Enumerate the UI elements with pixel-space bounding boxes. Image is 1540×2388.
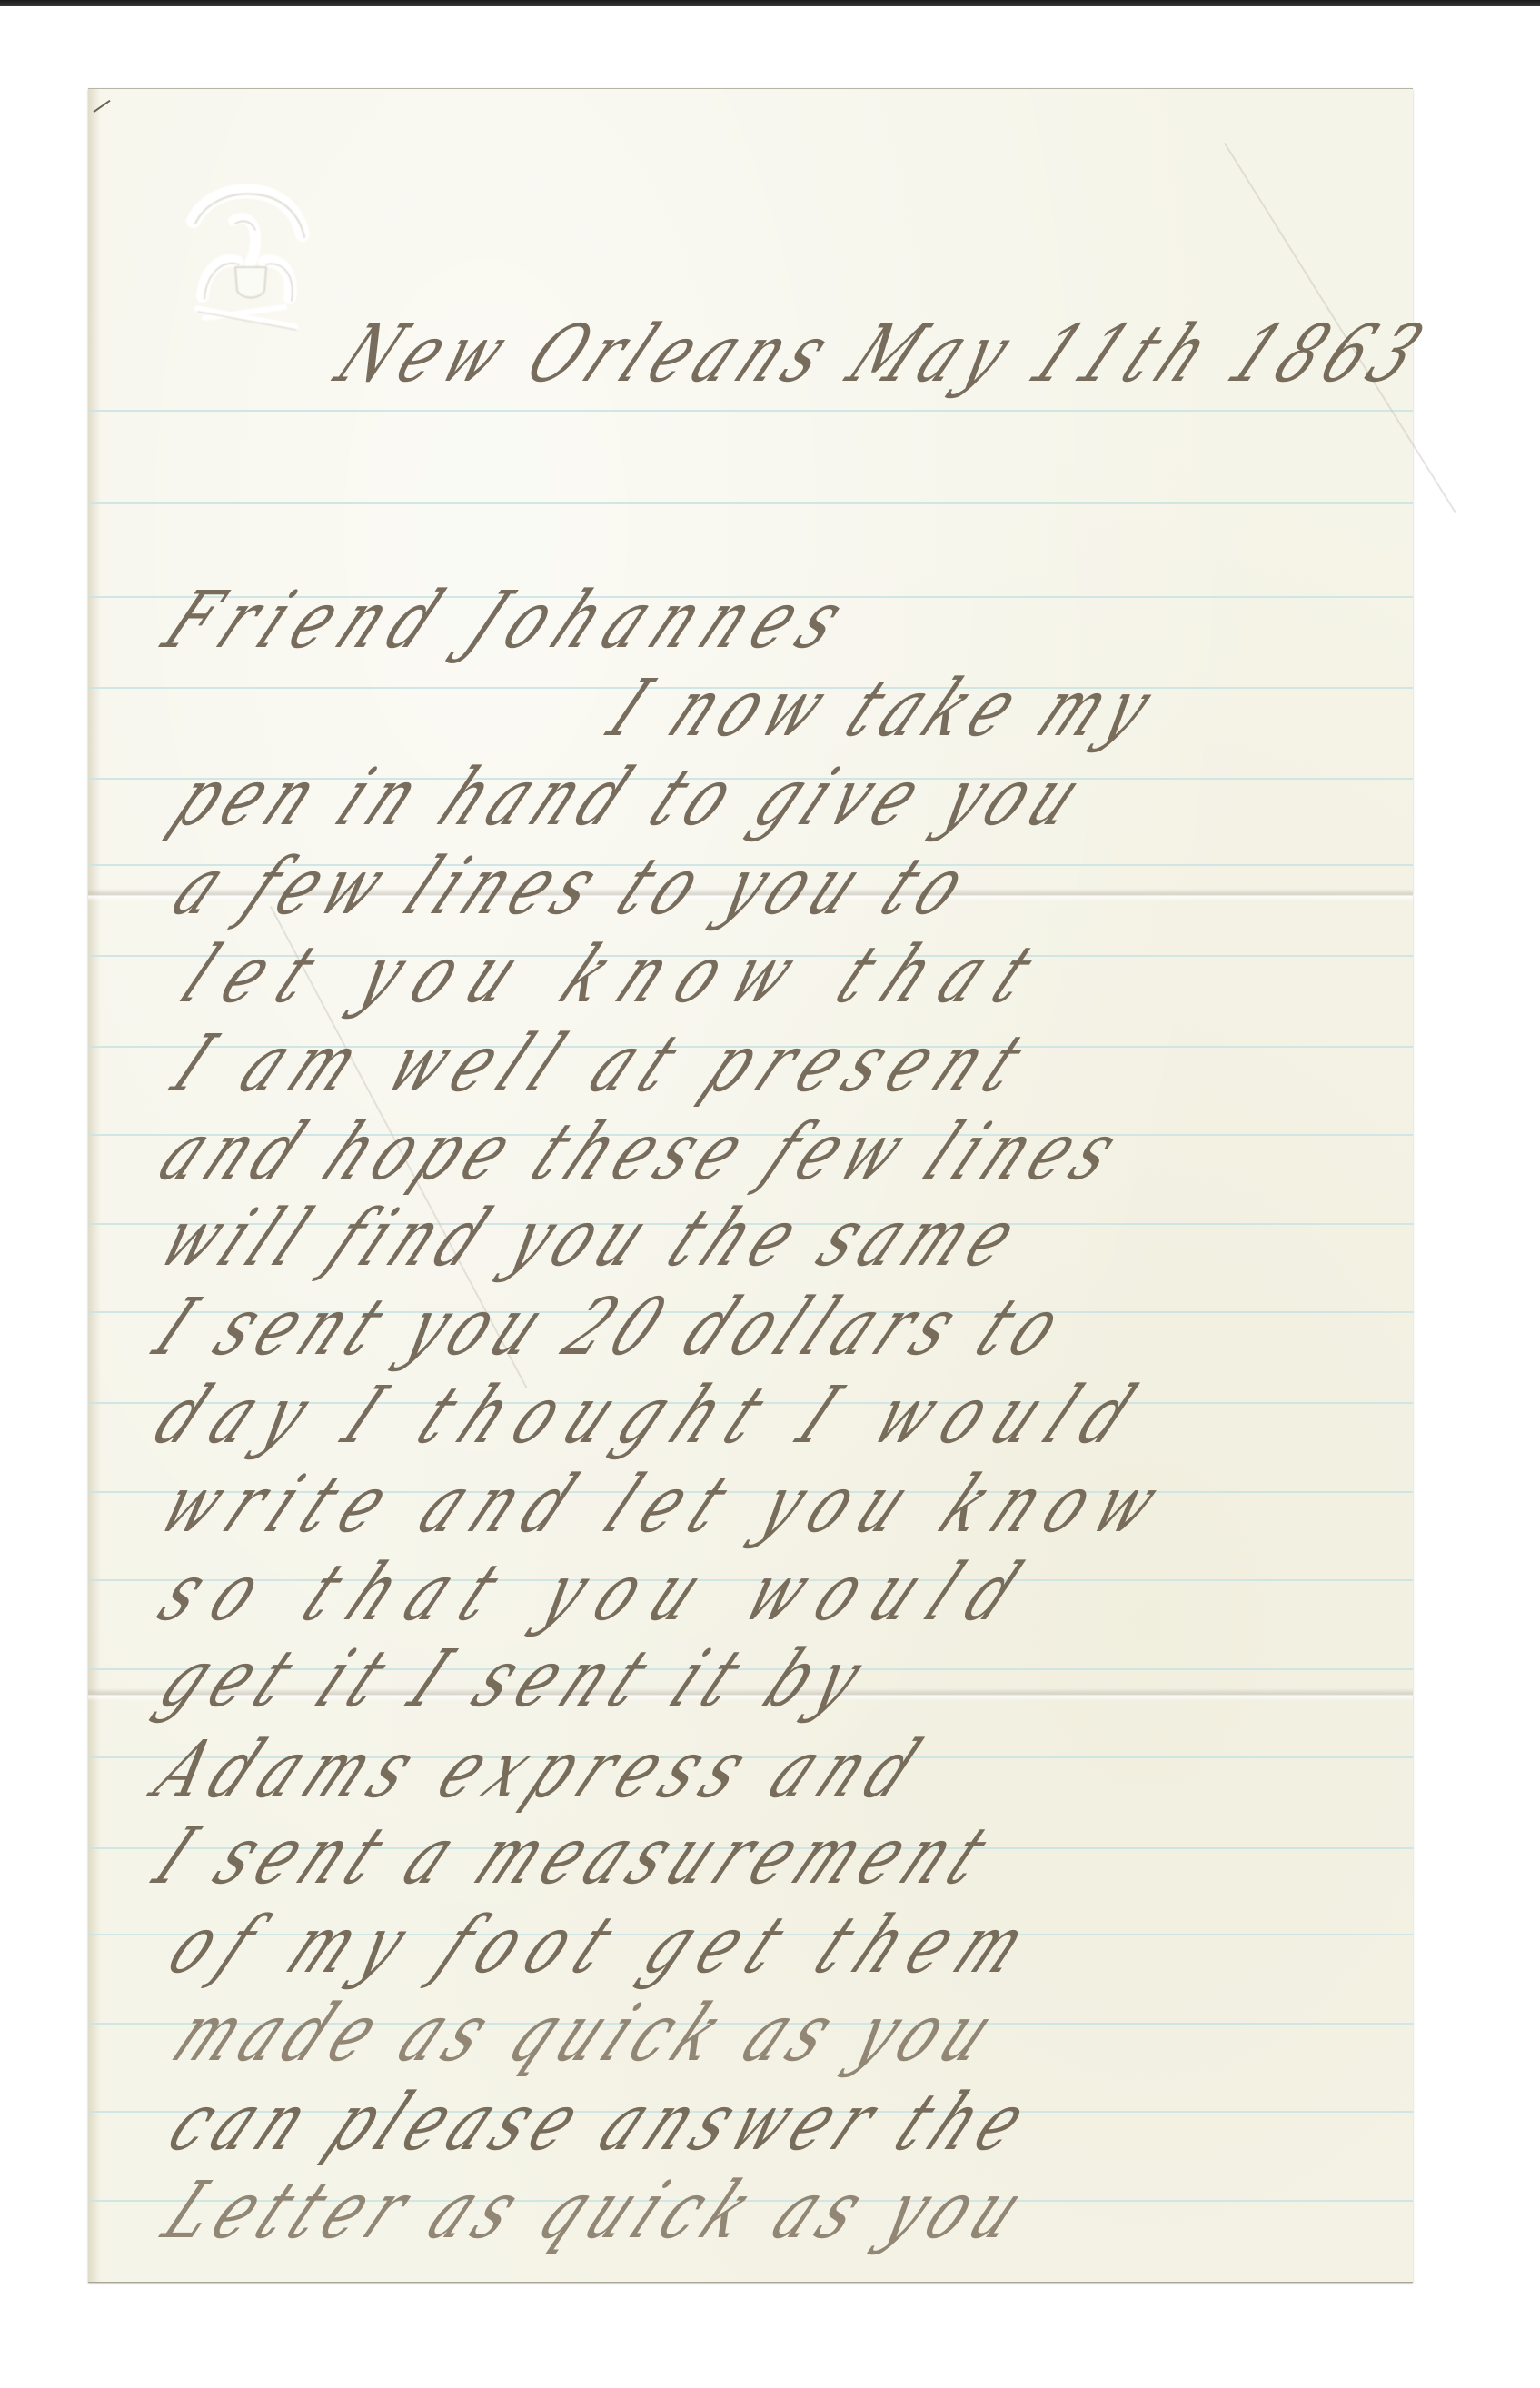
ruling-line — [88, 502, 1413, 504]
letter-heading-place-date: New Orleans May 11th 1863 — [324, 316, 1443, 394]
letter-body-line: I sent a measurement — [143, 1818, 1008, 1896]
letter-body-line: and hope these few lines — [147, 1114, 1138, 1192]
letter-body-line: I am well at present — [161, 1026, 1048, 1104]
letter-salutation: Friend Johannes — [152, 582, 869, 661]
letter-body-line: of my foot get them — [156, 1907, 1053, 1985]
letter-body-line: so that you would — [147, 1555, 1051, 1633]
letter-body-line: get it I sent it by — [147, 1641, 886, 1719]
ruling-line — [88, 410, 1413, 412]
letter-body-line: pen in hand to give you — [161, 760, 1103, 838]
letter-body-line: Letter as quick as you — [152, 2173, 1045, 2251]
letter-body-line: write and let you know — [147, 1467, 1185, 1545]
letter-body-line: made as quick as you — [161, 1995, 1015, 2074]
eagle-seal-icon — [177, 180, 313, 339]
letter-body-line: let you know that — [170, 937, 1065, 1015]
letter-body-line: I now take my — [597, 671, 1173, 749]
letter-body-line: a few lines to you to — [161, 849, 987, 927]
letter-body-line: will find you the same — [147, 1200, 1038, 1279]
scan-border — [0, 0, 1540, 6]
letter-body-line: I sent you 20 dollars to — [143, 1289, 1082, 1368]
letter-page: New Orleans May 11th 1863 Friend Johanne… — [88, 88, 1413, 2283]
corner-mark — [93, 100, 110, 113]
letter-body-line: Adams express and — [143, 1732, 941, 1810]
letter-body-line: day I thought I would — [143, 1378, 1162, 1456]
letter-body-line: can please answer the — [156, 2085, 1048, 2163]
